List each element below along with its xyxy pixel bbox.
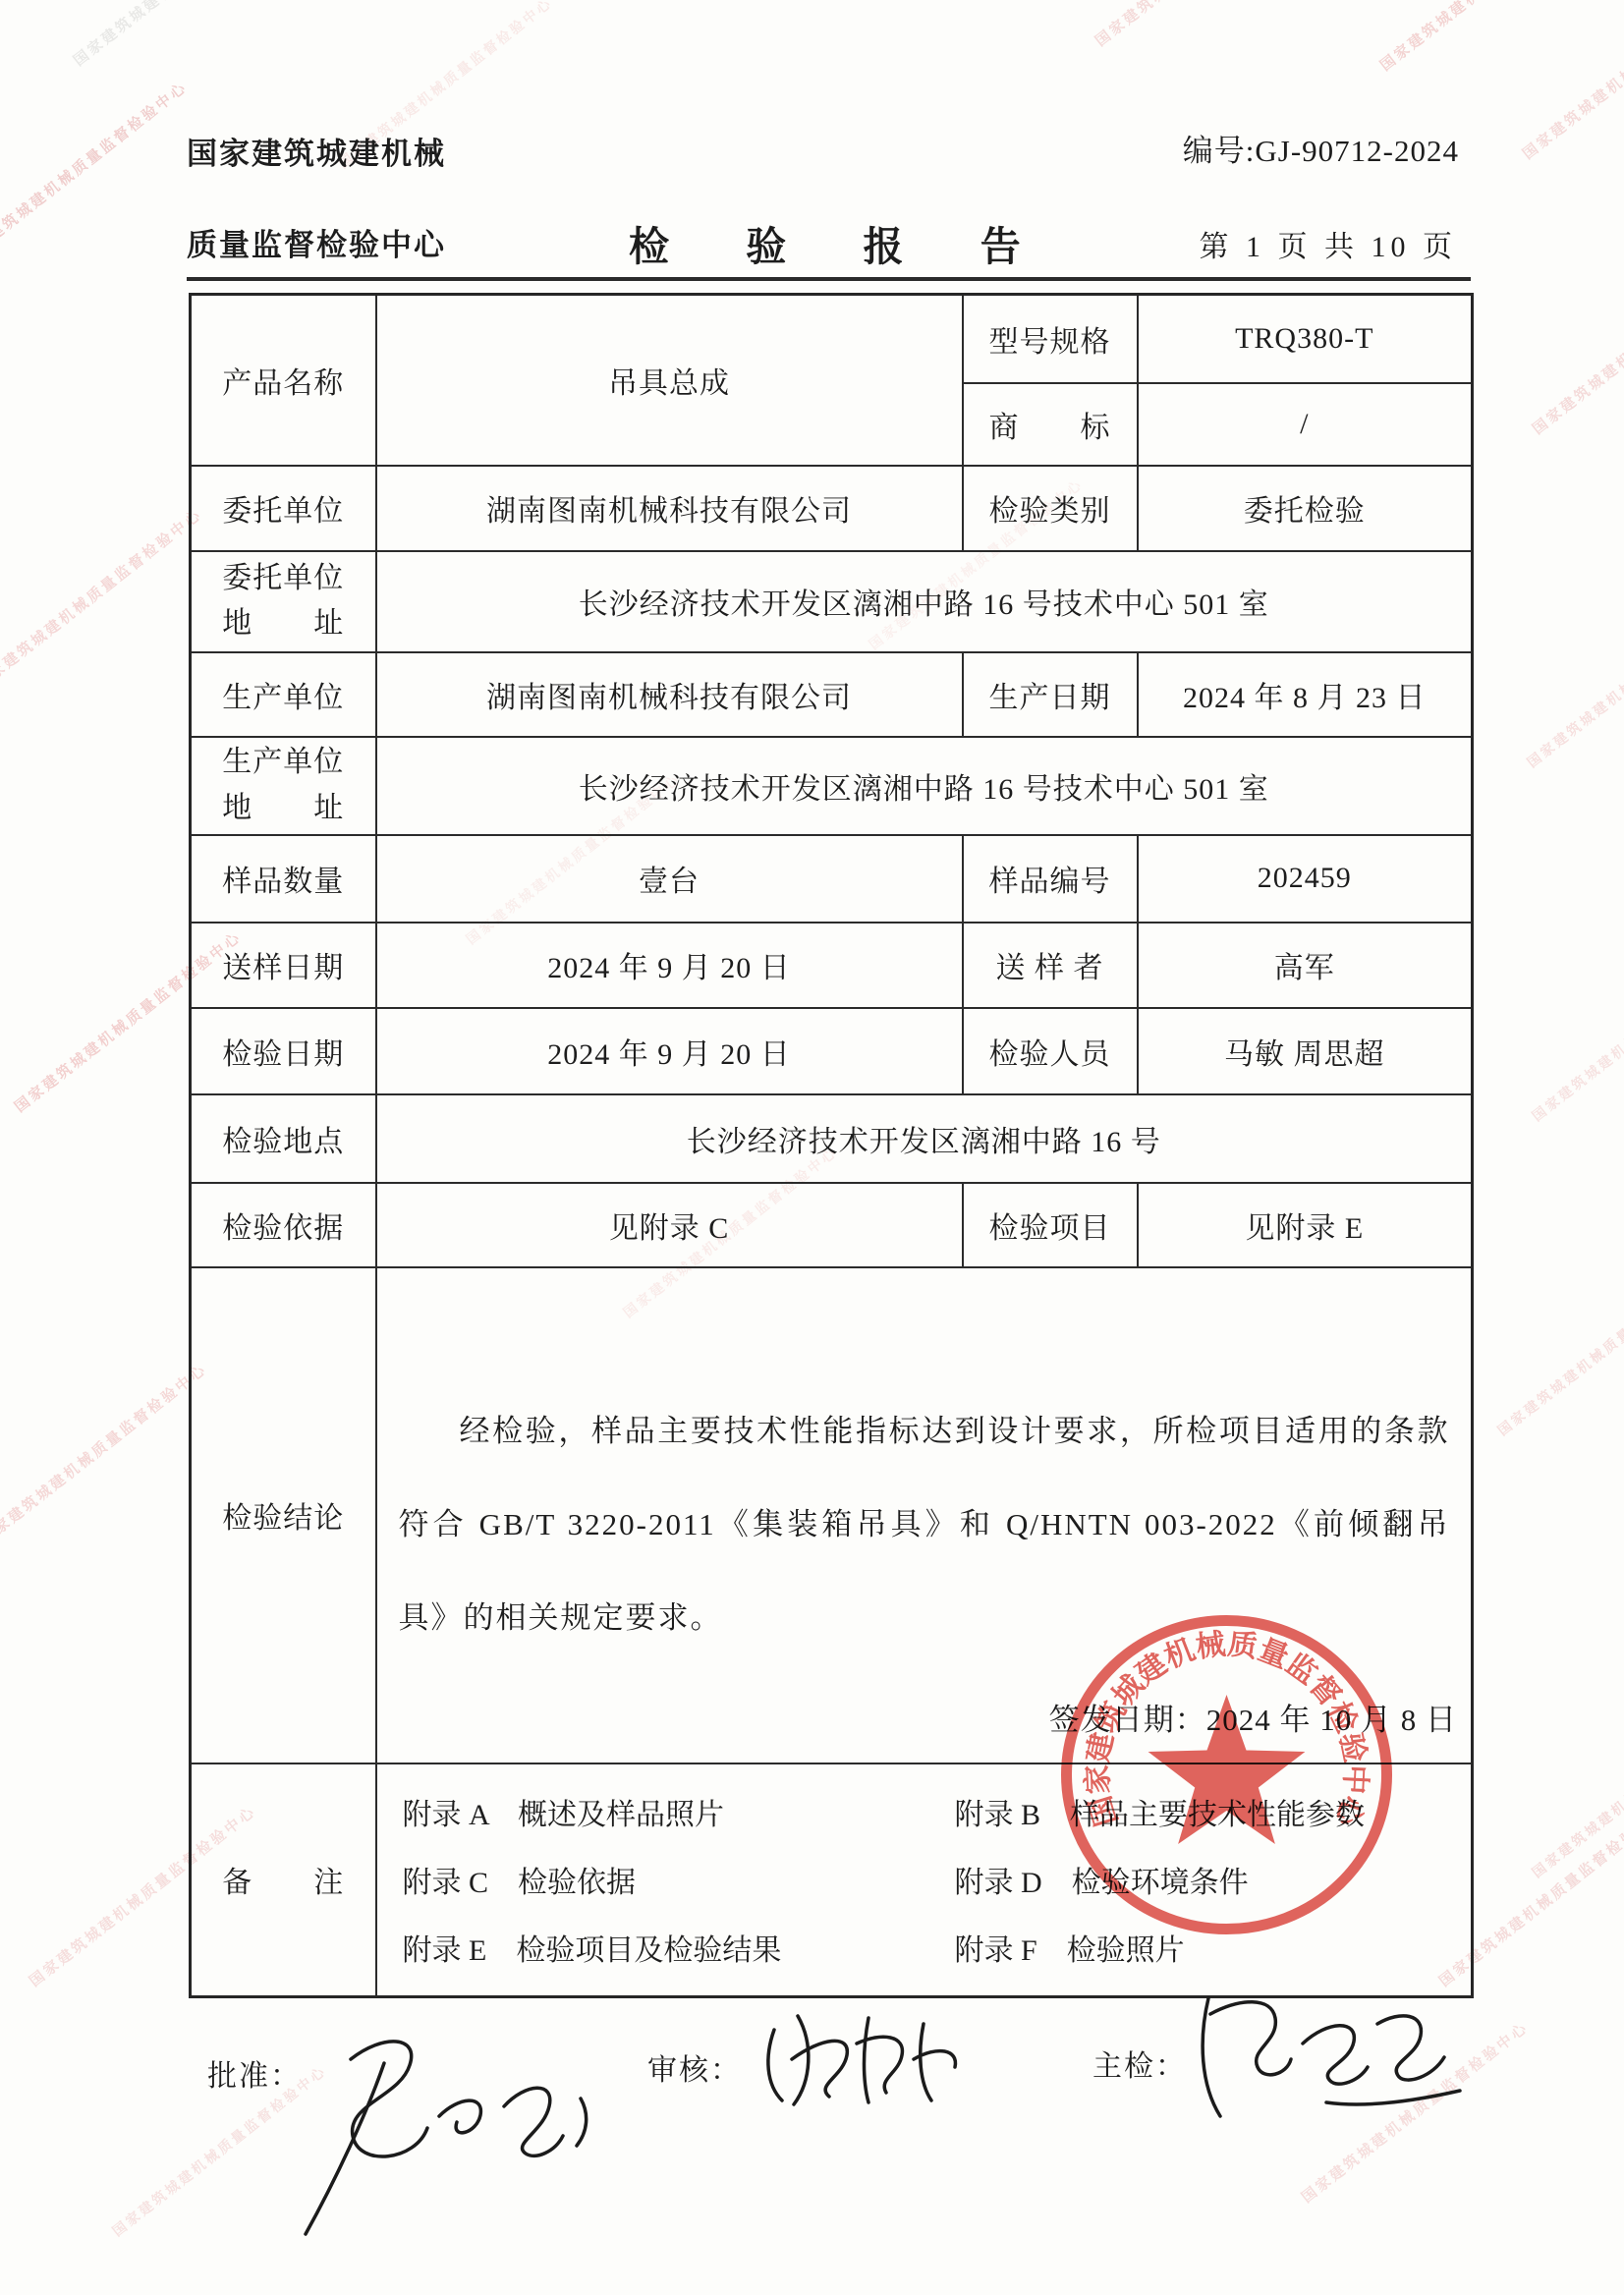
product-name-value: 吊具总成	[376, 295, 963, 466]
signature-stroke	[1303, 2026, 1368, 2084]
watermark-text: 国家建筑城建机械质量监督检验中心	[0, 1359, 211, 1549]
signature-stroke	[577, 2099, 587, 2146]
remarks-label: 备 注	[191, 1763, 376, 1997]
org-name-line1: 国家建筑城建机械	[187, 108, 446, 199]
inspection-place-value: 长沙经济技术开发区漓湘中路 16 号	[376, 1094, 1473, 1183]
page-indicator: 第 1 页 共 10 页	[1200, 222, 1458, 265]
report-title: 检 验 报 告	[629, 214, 1054, 272]
model-label: 型号规格	[963, 295, 1138, 383]
report-number: 编号:GJ-90712-2024	[1183, 126, 1459, 170]
client-address-label-line2: 地 址	[197, 601, 369, 647]
header-divider	[187, 277, 1471, 281]
signature-stroke	[1203, 1998, 1220, 2116]
inspection-place-label: 检验地点	[191, 1094, 376, 1183]
official-stamp: 国家建筑城建机械质量监督检验中心	[1055, 1610, 1398, 1939]
org-name: 国家建筑城建机械 质量监督检验中心	[187, 108, 446, 291]
appendix-e: 附录 E 检验项目及检验结果	[403, 1926, 955, 1969]
review-signature	[755, 2002, 985, 2120]
signature-stroke	[306, 2063, 384, 2234]
model-value: TRQ380-T	[1138, 295, 1473, 383]
watermark-text: 国家建筑城建机械质量监督检验中心	[0, 504, 206, 695]
inspection-date-label: 检验日期	[191, 1008, 376, 1094]
watermark-text: 国家建筑城建机械质量监督检验中心	[1523, 592, 1624, 772]
sample-quantity-value: 壹台	[376, 835, 963, 923]
stamp-char: 家	[1082, 1763, 1115, 1795]
manufacturer-value: 湖南图南机械科技有限公司	[376, 652, 963, 737]
watermark-text: 国家建筑城建机械质量监督检验中心	[69, 0, 305, 71]
trademark-value: /	[1138, 383, 1473, 466]
signature-stroke	[504, 2088, 563, 2155]
signature-stroke	[792, 2041, 847, 2097]
watermark-text: 国家建筑城建机械质量监督检验中心	[1091, 0, 1326, 51]
watermark-text: 国家建筑城建机械质量监督检验中心	[0, 77, 192, 267]
conclusion-label: 检验结论	[191, 1267, 376, 1763]
sample-number-label: 样品编号	[963, 835, 1138, 923]
manufacturer-address-label-line1: 生产单位	[197, 740, 369, 786]
signature-stroke	[794, 2016, 809, 2104]
watermark-text: 国家建筑城建机械质量监督检验中心	[1518, 0, 1624, 164]
inspection-type-value: 委托检验	[1138, 466, 1473, 551]
client-address-label: 委托单位 地 址	[191, 551, 376, 652]
inspection-type-label: 检验类别	[963, 466, 1138, 551]
appendix-c: 附录 C 检验依据	[403, 1858, 955, 1901]
sample-number-value: 202459	[1138, 835, 1473, 923]
manufacturer-label: 生产单位	[191, 652, 376, 737]
signature-stroke	[768, 2030, 782, 2100]
sample-date-value: 2024 年 9 月 20 日	[376, 923, 963, 1008]
signature-stroke	[1377, 2016, 1444, 2080]
watermark-text: 国家建筑城建机械质量监督检验中心	[1528, 946, 1624, 1126]
inspectors-value: 马敏 周思超	[1138, 1008, 1473, 1094]
signature-stroke	[921, 2024, 931, 2100]
conclusion-text: 经检验，样品主要技术性能指标达到设计要求，所检项目适用的条款符合 GB/T 32…	[383, 1268, 1473, 1664]
review-label: 审核：	[647, 2045, 742, 2089]
stamp-char: 质	[1226, 1628, 1260, 1663]
manufacturer-address-label: 生产单位 地 址	[191, 737, 376, 835]
chief-signature	[1179, 1985, 1474, 2132]
manufacturer-address-label-line2: 地 址	[197, 786, 369, 832]
watermark-text: 国家建筑城建机械质量监督检验中心	[1375, 0, 1611, 76]
signature-stroke	[1210, 2002, 1291, 2075]
inspection-basis-label: 检验依据	[191, 1183, 376, 1267]
signature-stroke	[439, 2100, 480, 2133]
inspection-date-value: 2024 年 9 月 20 日	[376, 1008, 963, 1094]
stamp-char: 国	[1085, 1792, 1124, 1829]
watermark-text: 国家建筑城建机械质量监督检验中心	[1493, 1260, 1624, 1440]
inspection-basis-value: 见附录 C	[376, 1183, 963, 1267]
sample-sender-label: 送 样 者	[963, 923, 1138, 1008]
signature-stroke	[1326, 2091, 1460, 2104]
watermark-text: 国家建筑城建机械质量监督检验中心	[1528, 1703, 1624, 1882]
appendix-a: 附录 A 概述及样品照片	[403, 1790, 955, 1833]
trademark-label: 商 标	[963, 383, 1138, 466]
sample-date-label: 送样日期	[191, 923, 376, 1008]
stamp-char: 中	[1338, 1763, 1372, 1795]
client-label: 委托单位	[191, 466, 376, 551]
inspectors-label: 检验人员	[963, 1008, 1138, 1094]
stamp-char: 验	[1333, 1730, 1371, 1765]
stamp-char: 械	[1194, 1628, 1227, 1663]
approve-signature	[290, 2022, 624, 2248]
client-value: 湖南图南机械科技有限公司	[376, 466, 963, 551]
report-page: 国家建筑城建机械质量监督检验中心国家建筑城建机械质量监督检验中心国家建筑城建机械…	[0, 0, 1624, 2295]
manufacturer-address-value: 长沙经济技术开发区漓湘中路 16 号技术中心 501 室	[376, 737, 1473, 835]
client-address-label-line1: 委托单位	[197, 556, 369, 602]
production-date-value: 2024 年 8 月 23 日	[1138, 652, 1473, 737]
sample-quantity-label: 样品数量	[191, 835, 376, 923]
approve-label: 批准：	[207, 2051, 302, 2095]
chief-label: 主检：	[1092, 2042, 1187, 2085]
stamp-char: 心	[1329, 1792, 1370, 1830]
client-address-value: 长沙经济技术开发区漓湘中路 16 号技术中心 501 室	[376, 551, 1473, 652]
inspection-items-label: 检验项目	[963, 1183, 1138, 1267]
sample-sender-value: 高军	[1138, 923, 1473, 1008]
inspection-items-value: 见附录 E	[1138, 1183, 1473, 1267]
signature-stroke	[351, 2042, 427, 2156]
product-name-label: 产品名称	[191, 295, 376, 466]
watermark-text: 国家建筑城建机械质量监督检验中心	[1528, 249, 1624, 439]
signature-stroke	[865, 2018, 869, 2102]
production-date-label: 生产日期	[963, 652, 1138, 737]
stamp-star	[1148, 1695, 1306, 1844]
